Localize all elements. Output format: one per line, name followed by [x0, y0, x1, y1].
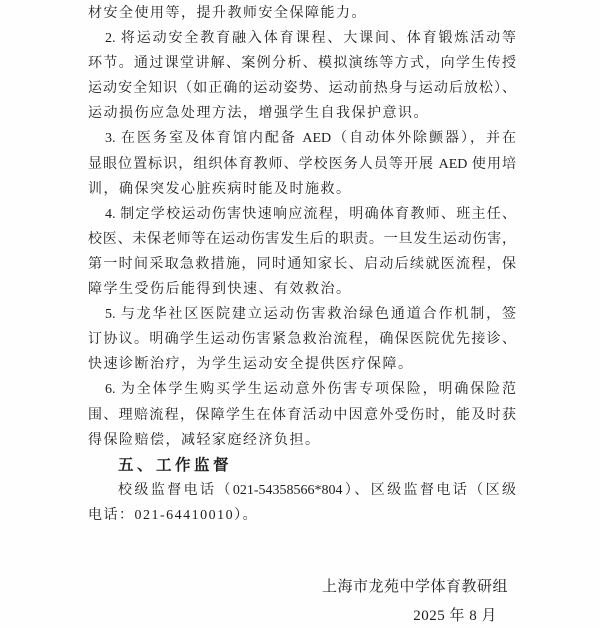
body-line: 2. 将运动安全教育融入体育课程、大课间、体育锻炼活动等: [88, 26, 516, 51]
body-line: 校医、未保老师等在运动伤害发生后的职责。一旦发生运动伤害，: [88, 227, 516, 252]
body-line: 第一时间采取急救措施，同时通知家长、启动后续就医流程，保: [88, 252, 516, 277]
body-line: 材安全使用等，提升教师安全保障能力。: [88, 1, 516, 26]
body-line: 环节。通过课堂讲解、案例分析、模拟演练等方式，向学生传授: [88, 51, 516, 76]
closing-block: 上海市龙苑中学体育教研组 2025 年 8 月: [322, 575, 508, 628]
body-line: 运动安全知识（如正确的运动姿势、运动前热身与运动后放松）、: [88, 76, 516, 101]
body-line: 运动损伤应急处理方法，增强学生自我保护意识。: [88, 101, 516, 126]
body-line: 电话：021-64410010）。: [88, 503, 516, 528]
body-line: 6. 为全体学生购买学生运动意外伤害专项保险，明确保险范: [88, 377, 516, 402]
body-line: 围、理赔流程，保障学生在体育活动中因意外受伤时，能及时获: [88, 403, 516, 428]
body-line: 快速诊断治疗，为学生运动安全提供医疗保障。: [88, 352, 516, 377]
body-line: 4. 制定学校运动伤害快速响应流程，明确体育教师、班主任、: [88, 202, 516, 227]
body-line: 显眼位置标识，组织体育教师、学校医务人员等开展 AED 使用培: [88, 152, 516, 177]
document-body: 材安全使用等，提升教师安全保障能力。2. 将运动安全教育融入体育课程、大课间、体…: [88, 1, 516, 528]
body-line: 3. 在医务室及体育馆内配备 AED（自动体外除颤器），并在: [88, 126, 516, 151]
body-line: 得保险赔偿，减轻家庭经济负担。: [88, 428, 516, 453]
signature-org: 上海市龙苑中学体育教研组: [322, 575, 508, 600]
section-heading: 五、工作监督: [88, 453, 516, 478]
body-line: 订协议。明确学生运动伤害紧急救治流程，确保医院优先接诊、: [88, 327, 516, 352]
body-line: 训，确保突发心脏疾病时能及时施救。: [88, 177, 516, 202]
body-line: 5. 与龙华社区医院建立运动伤害救治绿色通道合作机制，签: [88, 302, 516, 327]
document-page: 材安全使用等，提升教师安全保障能力。2. 将运动安全教育融入体育课程、大课间、体…: [0, 0, 600, 628]
signature-date: 2025 年 8 月: [322, 604, 497, 628]
body-line: 障学生受伤后能得到快速、有效救治。: [88, 277, 516, 302]
body-line: 校级监督电话（021-54358566*804）、区级监督电话（区级: [88, 478, 516, 503]
